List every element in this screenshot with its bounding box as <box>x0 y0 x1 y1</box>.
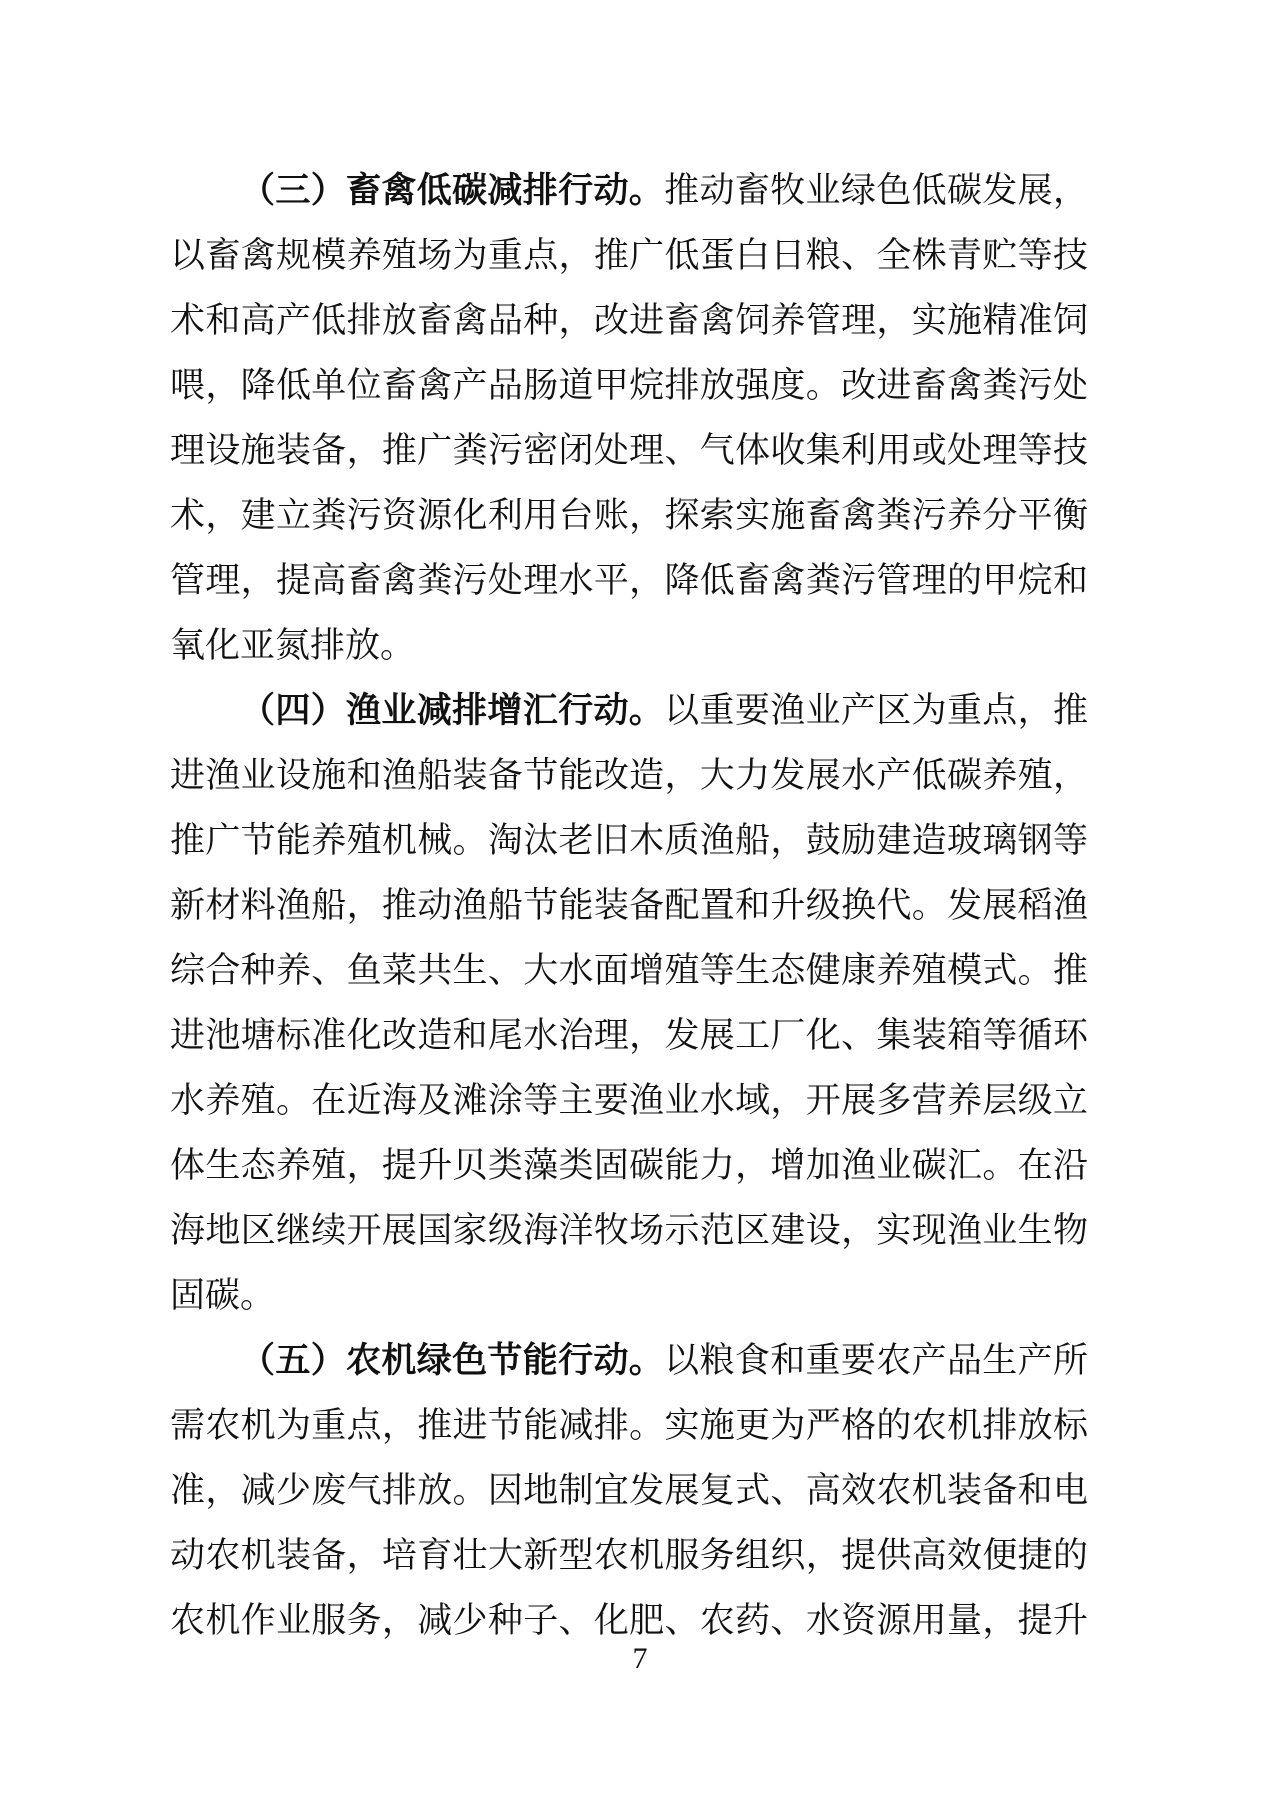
text-line: 喂，降低单位畜禽产品肠道甲烷排放强度。改进畜禽粪污处 <box>170 353 1088 418</box>
body-text: 推动畜牧业绿色低碳发展， <box>664 171 1088 210</box>
body-text: 以粮食和重要农产品生产所 <box>664 1341 1088 1380</box>
body-text: 进池塘标准化改造和尾水治理，发展工厂化、集装箱等循环 <box>170 1016 1088 1055</box>
text-line: 固碳。 <box>170 1263 1088 1328</box>
body-text: 新材料渔船，推动渔船节能装备配置和升级换代。发展稻渔 <box>170 886 1088 925</box>
body-text: 以畜禽规模养殖场为重点，推广低蛋白日粮、全株青贮等技 <box>170 236 1088 275</box>
body-text: 推广节能养殖机械。淘汰老旧木质渔船，鼓励建造玻璃钢等 <box>170 821 1088 860</box>
body-text: 氧化亚氮排放。 <box>170 626 415 665</box>
text-line: 氧化亚氮排放。 <box>170 613 1088 678</box>
body-text: 术，建立粪污资源化利用台账，探索实施畜禽粪污养分平衡 <box>170 496 1088 535</box>
text-line: 需农机为重点，推进节能减排。实施更为严格的农机排放标 <box>170 1393 1088 1458</box>
text-line: 体生态养殖，提升贝类藻类固碳能力，增加渔业碳汇。在沿 <box>170 1133 1088 1198</box>
text-line: 术，建立粪污资源化利用台账，探索实施畜禽粪污养分平衡 <box>170 483 1088 548</box>
section-heading-text: （五）农机绿色节能行动。 <box>240 1341 664 1380</box>
document-body: （三）畜禽低碳减排行动。推动畜牧业绿色低碳发展，以畜禽规模养殖场为重点，推广低蛋… <box>170 158 1088 1653</box>
text-line: 理设施装备，推广粪污密闭处理、气体收集利用或处理等技 <box>170 418 1088 483</box>
text-line: 准，减少废气排放。因地制宜发展复式、高效农机装备和电 <box>170 1458 1088 1523</box>
body-text: 需农机为重点，推进节能减排。实施更为严格的农机排放标 <box>170 1406 1088 1445</box>
text-line: 进池塘标准化改造和尾水治理，发展工厂化、集装箱等循环 <box>170 1003 1088 1068</box>
text-line: 以畜禽规模养殖场为重点，推广低蛋白日粮、全株青贮等技 <box>170 223 1088 288</box>
page-number: 7 <box>0 1642 1280 1676</box>
section-heading-text: （四）渔业减排增汇行动。 <box>240 691 664 730</box>
body-text: 准，减少废气排放。因地制宜发展复式、高效农机装备和电 <box>170 1471 1088 1510</box>
body-text: 管理，提高畜禽粪污处理水平，降低畜禽粪污管理的甲烷和 <box>170 561 1088 600</box>
text-line: （五）农机绿色节能行动。以粮食和重要农产品生产所 <box>170 1328 1088 1393</box>
document-page: （三）畜禽低碳减排行动。推动畜牧业绿色低碳发展，以畜禽规模养殖场为重点，推广低蛋… <box>0 0 1280 1810</box>
body-text: 固碳。 <box>170 1276 275 1315</box>
text-line: 水养殖。在近海及滩涂等主要渔业水域，开展多营养层级立 <box>170 1068 1088 1133</box>
body-text: 理设施装备，推广粪污密闭处理、气体收集利用或处理等技 <box>170 431 1088 470</box>
text-line: 海地区继续开展国家级海洋牧场示范区建设，实现渔业生物 <box>170 1198 1088 1263</box>
text-line: （四）渔业减排增汇行动。以重要渔业产区为重点，推 <box>170 678 1088 743</box>
body-text: 体生态养殖，提升贝类藻类固碳能力，增加渔业碳汇。在沿 <box>170 1146 1088 1185</box>
body-text: 以重要渔业产区为重点，推 <box>664 691 1088 730</box>
paragraph: （四）渔业减排增汇行动。以重要渔业产区为重点，推进渔业设施和渔船装备节能改造，大… <box>170 678 1088 1328</box>
body-text: 喂，降低单位畜禽产品肠道甲烷排放强度。改进畜禽粪污处 <box>170 366 1088 405</box>
body-text: 综合种养、鱼菜共生、大水面增殖等生态健康养殖模式。推 <box>170 951 1088 990</box>
paragraph: （三）畜禽低碳减排行动。推动畜牧业绿色低碳发展，以畜禽规模养殖场为重点，推广低蛋… <box>170 158 1088 678</box>
body-text: 动农机装备，培育壮大新型农机服务组织，提供高效便捷的 <box>170 1536 1088 1575</box>
text-line: 综合种养、鱼菜共生、大水面增殖等生态健康养殖模式。推 <box>170 938 1088 1003</box>
text-line: 推广节能养殖机械。淘汰老旧木质渔船，鼓励建造玻璃钢等 <box>170 808 1088 873</box>
body-text: 水养殖。在近海及滩涂等主要渔业水域，开展多营养层级立 <box>170 1081 1088 1120</box>
paragraph: （五）农机绿色节能行动。以粮食和重要农产品生产所需农机为重点，推进节能减排。实施… <box>170 1328 1088 1653</box>
body-text: 进渔业设施和渔船装备节能改造，大力发展水产低碳养殖， <box>170 756 1088 795</box>
text-line: 术和高产低排放畜禽品种，改进畜禽饲养管理，实施精准饲 <box>170 288 1088 353</box>
text-line: 动农机装备，培育壮大新型农机服务组织，提供高效便捷的 <box>170 1523 1088 1588</box>
text-line: 新材料渔船，推动渔船节能装备配置和升级换代。发展稻渔 <box>170 873 1088 938</box>
text-line: 管理，提高畜禽粪污处理水平，降低畜禽粪污管理的甲烷和 <box>170 548 1088 613</box>
section-heading-text: （三）畜禽低碳减排行动。 <box>240 171 664 210</box>
text-line: 进渔业设施和渔船装备节能改造，大力发展水产低碳养殖， <box>170 743 1088 808</box>
body-text: 海地区继续开展国家级海洋牧场示范区建设，实现渔业生物 <box>170 1211 1088 1250</box>
body-text: 术和高产低排放畜禽品种，改进畜禽饲养管理，实施精准饲 <box>170 301 1088 340</box>
body-text: 农机作业服务，减少种子、化肥、农药、水资源用量，提升 <box>170 1601 1088 1640</box>
text-line: （三）畜禽低碳减排行动。推动畜牧业绿色低碳发展， <box>170 158 1088 223</box>
